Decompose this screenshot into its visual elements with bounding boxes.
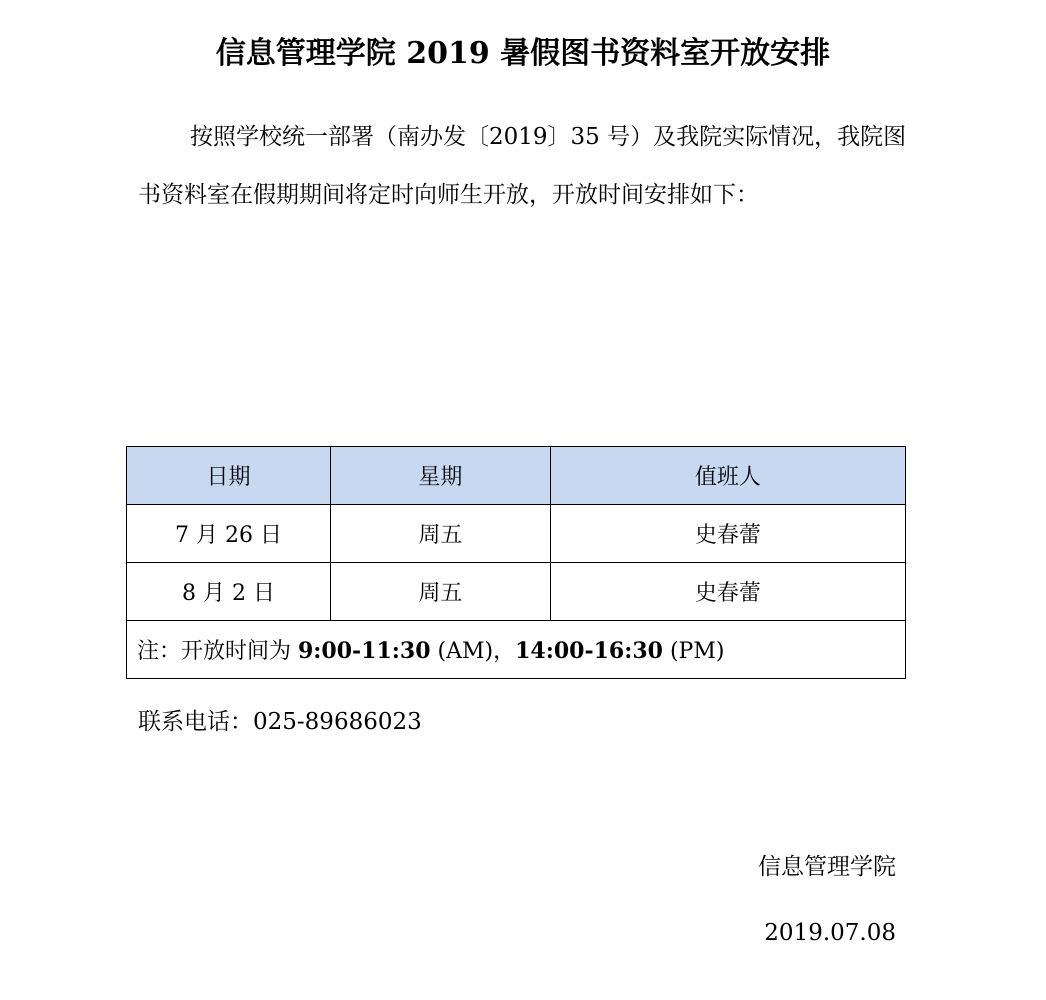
intro-paragraph: 按照学校统一部署（南办发〔2019〕35 号）及我院实际情况，我院图书资料室在假…	[138, 108, 908, 224]
header-person: 值班人	[550, 447, 905, 505]
cell-weekday: 周五	[331, 563, 551, 621]
document-title: 信息管理学院 2019 暑假图书资料室开放安排	[0, 28, 1046, 72]
note-pm-label: (PM)	[663, 639, 725, 664]
table-note-row: 注：开放时间为 9:00-11:30 (AM)，14:00-16:30 (PM)	[127, 621, 906, 679]
table-row: 7 月 26 日 周五 史春蕾	[127, 505, 906, 563]
table-row: 8 月 2 日 周五 史春蕾	[127, 563, 906, 621]
cell-date: 7 月 26 日	[127, 505, 331, 563]
cell-weekday: 周五	[331, 505, 551, 563]
contact-phone: 联系电话：025-89686023	[138, 703, 422, 736]
signature-org: 信息管理学院	[758, 848, 896, 881]
signature-date: 2019.07.08	[764, 920, 896, 946]
table-header-row: 日期 星期 值班人	[127, 447, 906, 505]
cell-person: 史春蕾	[550, 563, 905, 621]
schedule-table: 日期 星期 值班人 7 月 26 日 周五 史春蕾 8 月 2 日 周五 史春蕾…	[126, 446, 906, 679]
note-prefix: 注：开放时间为	[137, 639, 298, 664]
note-pm-time: 14:00-16:30	[515, 638, 663, 664]
note-cell: 注：开放时间为 9:00-11:30 (AM)，14:00-16:30 (PM)	[127, 621, 906, 679]
cell-date: 8 月 2 日	[127, 563, 331, 621]
header-date: 日期	[127, 447, 331, 505]
cell-person: 史春蕾	[550, 505, 905, 563]
note-am-time: 9:00-11:30	[298, 638, 431, 664]
note-am-label: (AM)，	[431, 639, 516, 664]
header-weekday: 星期	[331, 447, 551, 505]
